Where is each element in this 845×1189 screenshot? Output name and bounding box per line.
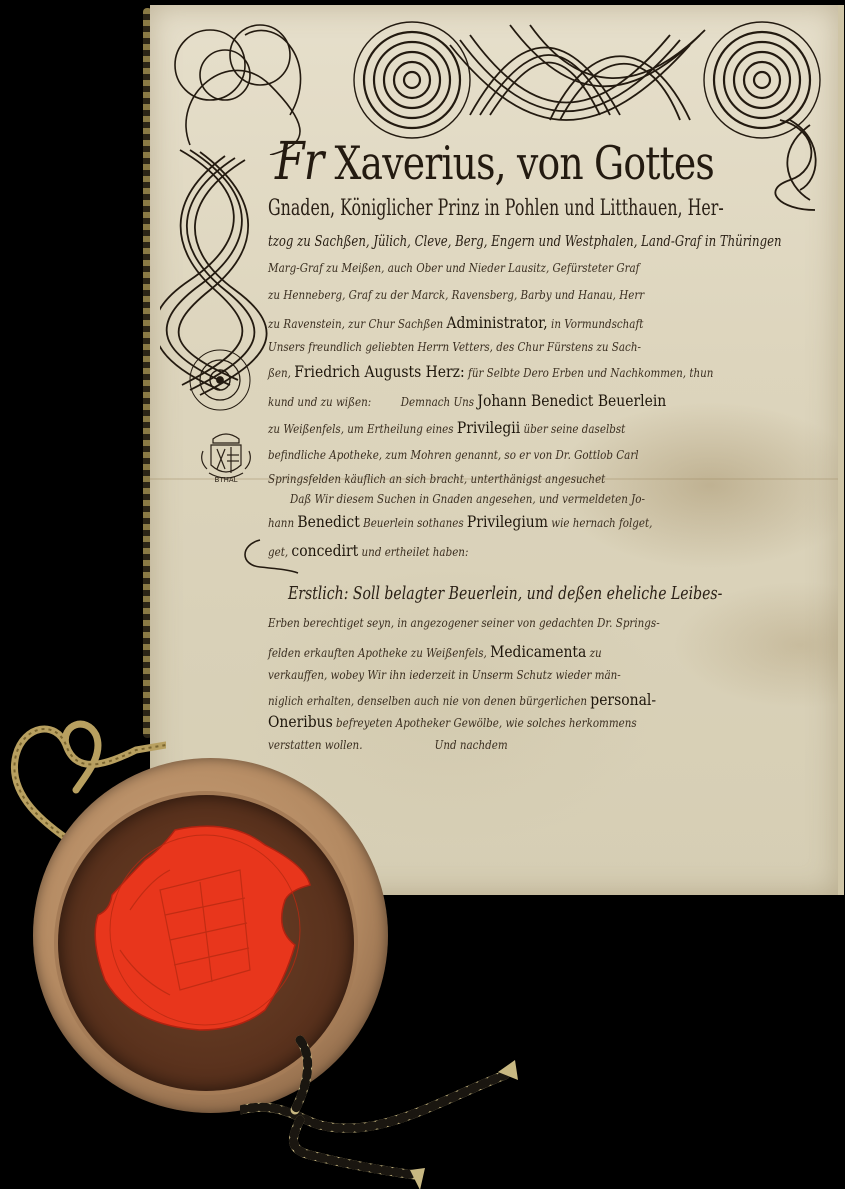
text-line-8: kund und zu wißen: Demnach Uns Johann Be… xyxy=(268,391,666,410)
heading-title: Xaverius, von Gottes xyxy=(335,136,714,190)
text-line-6: Unsers freundlich geliebten Herrn Vetter… xyxy=(268,340,641,354)
text-line-10: befindliche Apotheke, zum Mohren genannt… xyxy=(268,448,639,462)
text-line-5: zu Ravenstein, zur Chur Sachßen Administ… xyxy=(268,313,643,332)
text-line-20: Oneribus befreyeten Apotheker Gewölbe, w… xyxy=(268,712,637,731)
coat-of-arms-label: BTHAL xyxy=(214,476,237,484)
administrator-word: Administrator, xyxy=(446,313,547,332)
document-heading: Fr Xaverius, von Gottes xyxy=(275,132,714,192)
privilegium-word: Privilegium xyxy=(467,512,548,531)
heading-initial: Fr xyxy=(275,132,323,192)
text-line-4: zu Henneberg, Graf zu der Marck, Ravensb… xyxy=(268,288,644,302)
text-line-15-erstlich: Erstlich: Soll belagter Beuerlein, und d… xyxy=(288,583,722,604)
text-line-14: get, concedirt und ertheilet haben: xyxy=(268,541,468,560)
privilegii-word: Privilegii xyxy=(457,418,520,437)
text-line-19: niglich erhalten, denselben auch nie von… xyxy=(268,690,656,709)
text-line-1: Gnaden, Königlicher Prinz in Pohlen und … xyxy=(268,196,724,221)
text-line-9: zu Weißenfels, um Ertheilung eines Privi… xyxy=(268,418,625,437)
red-wax-seal xyxy=(90,820,320,1040)
friedrich-augusts-name: Friedrich Augusts Herz: xyxy=(294,362,464,381)
text-line-7: ßen, Friedrich Augusts Herz: für Selbte … xyxy=(268,362,713,381)
text-line-21: verstatten wollen. Und nachdem xyxy=(268,738,508,752)
text-line-16: Erben berechtiget seyn, in angezogener s… xyxy=(268,616,660,630)
text-line-2: tzog zu Sachßen, Jülich, Cleve, Berg, En… xyxy=(268,232,782,250)
text-line-13: hann Benedict Beuerlein sothanes Privile… xyxy=(268,512,652,531)
concedirt-word: concedirt xyxy=(291,541,358,560)
text-line-18: verkauffen, wobey Wir ihn iederzeit in U… xyxy=(268,668,621,682)
text-line-17: felden erkauften Apotheke zu Weißenfels,… xyxy=(268,642,602,661)
text-line-12: Daß Wir diesem Suchen in Gnaden angesehe… xyxy=(290,492,645,506)
text-line-11: Springsfelden käuflich an sich bracht, u… xyxy=(268,472,605,486)
seal-tassel-cords xyxy=(240,1030,540,1189)
beuerlein-name: Johann Benedict Beuerlein xyxy=(477,391,666,410)
coat-of-arms-stamp-icon: BTHAL xyxy=(197,425,255,487)
medicamenta-word: Medicamenta xyxy=(490,642,586,661)
oneribus-word: Oneribus xyxy=(268,712,333,731)
text-line-3: Marg-Graf zu Meißen, auch Ober und Niede… xyxy=(268,261,639,275)
